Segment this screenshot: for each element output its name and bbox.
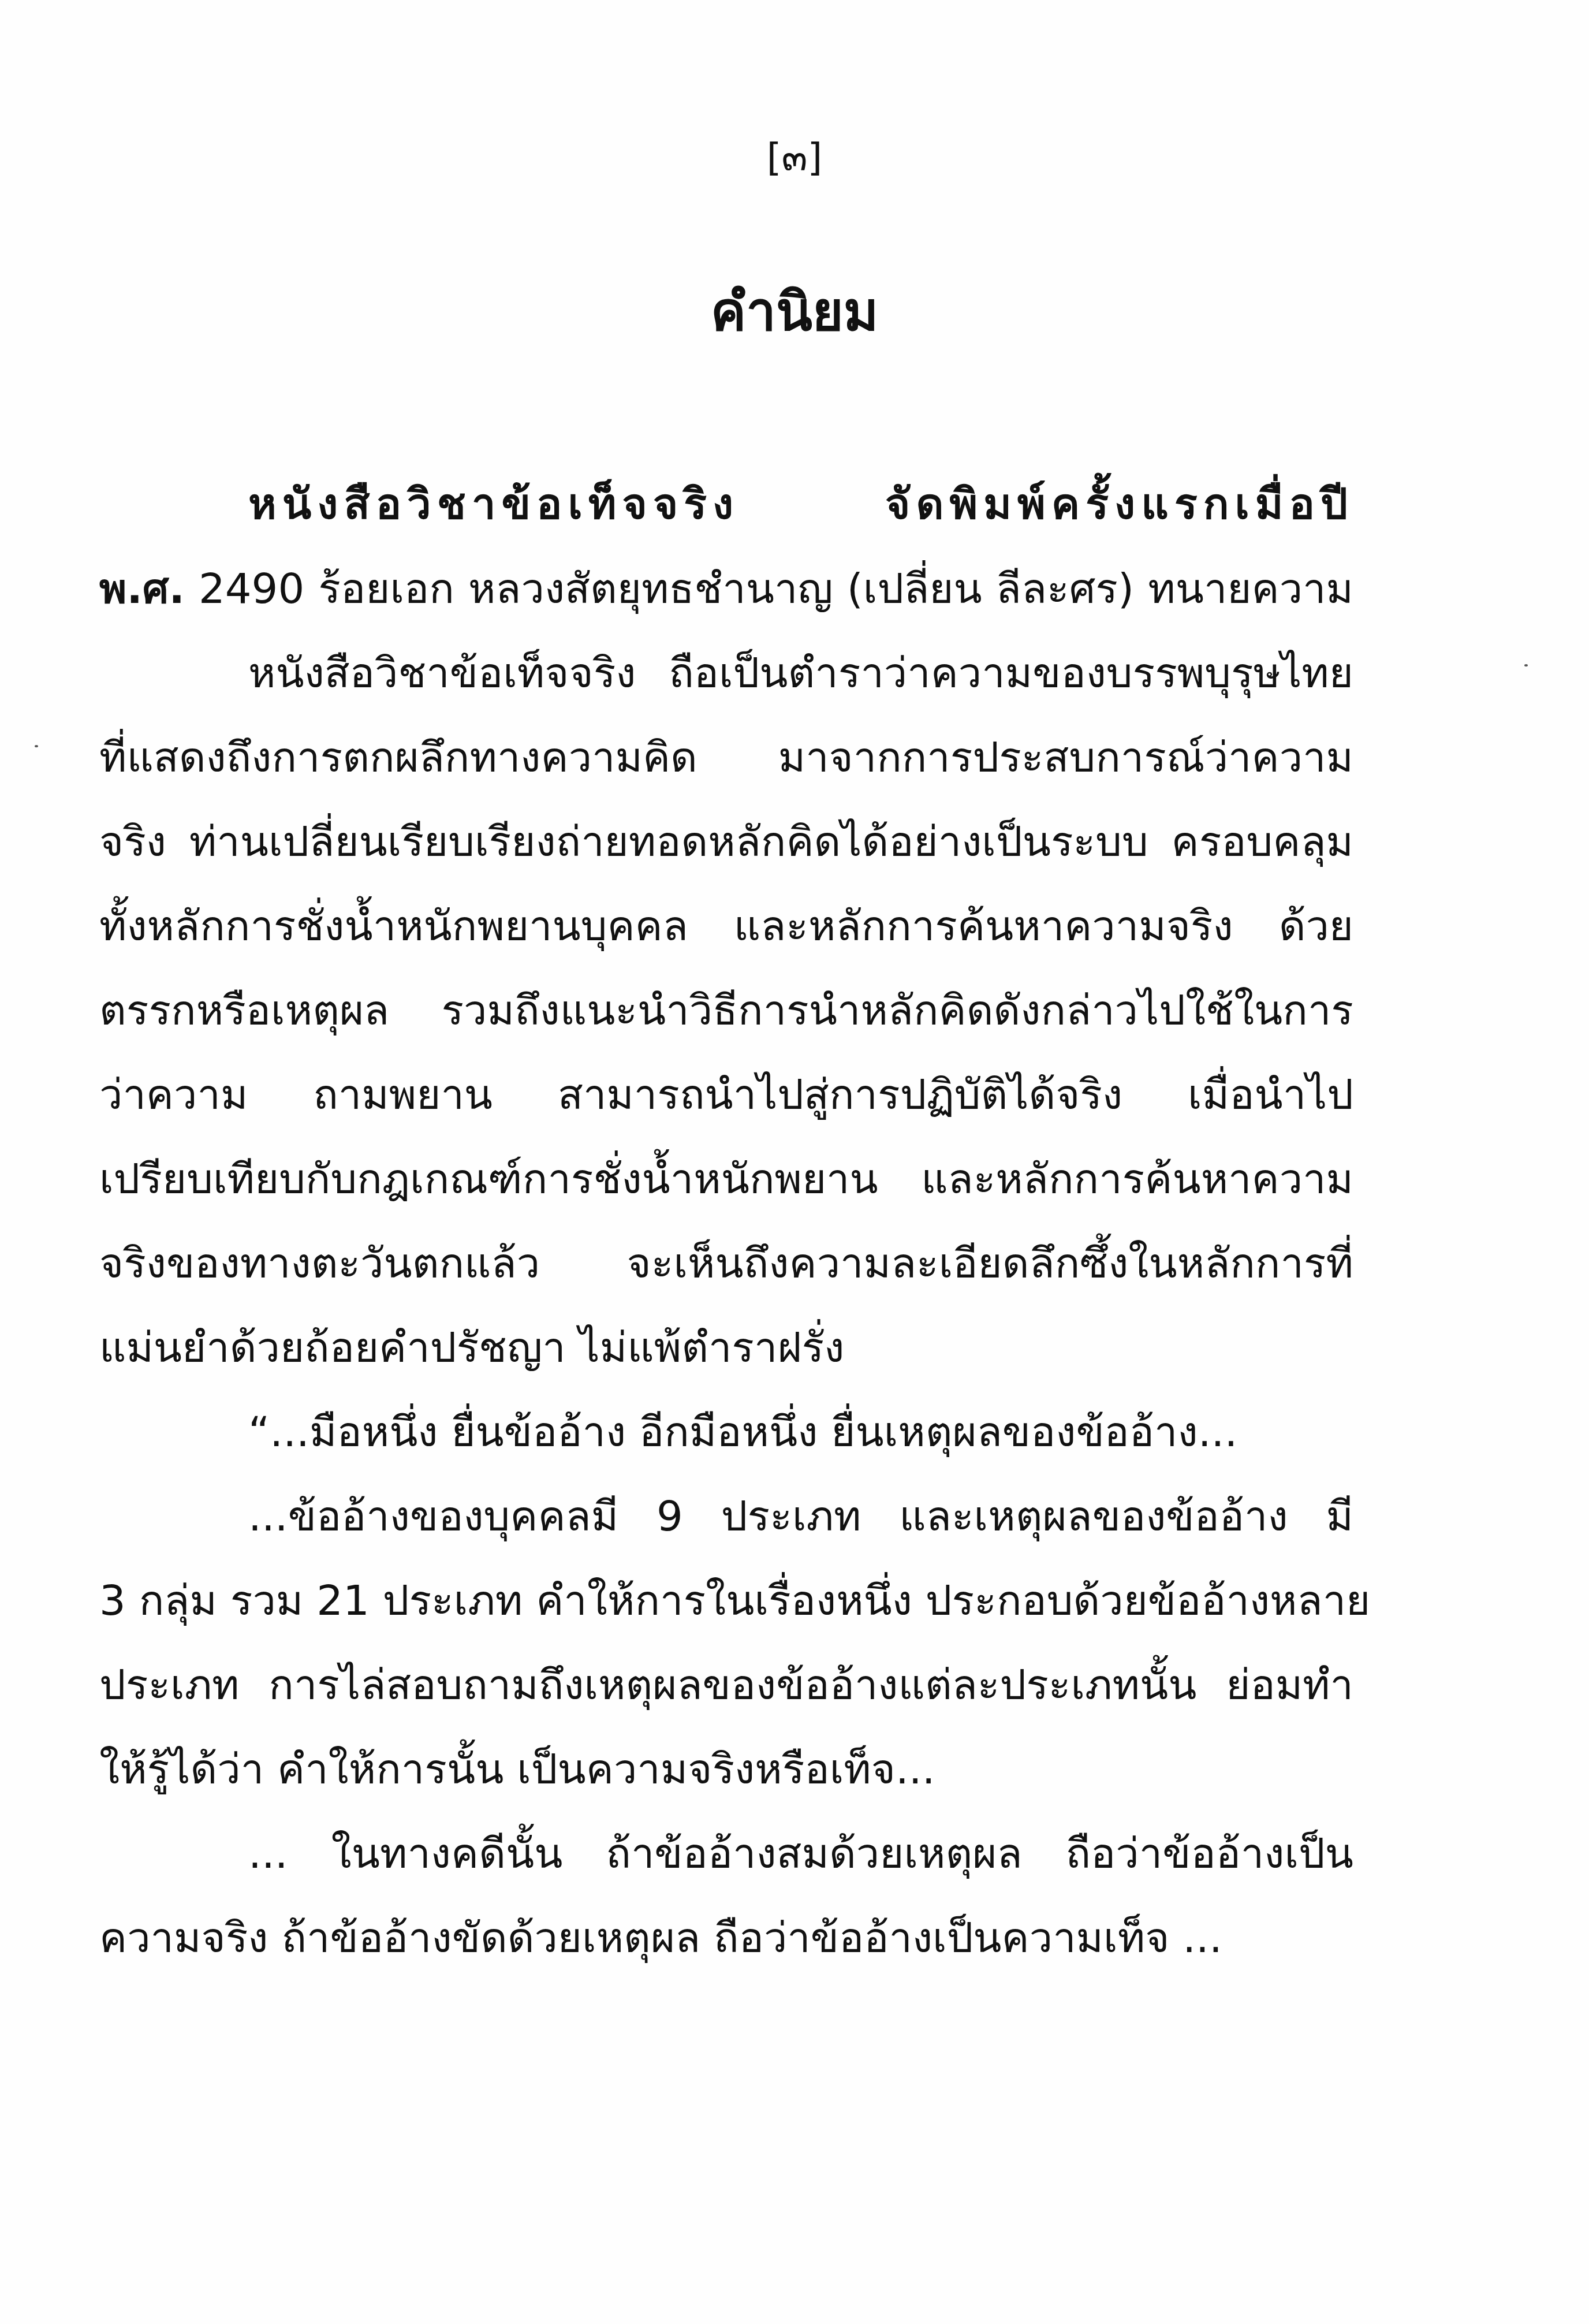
quote-line: ให้รู้ได้ว่า คำให้การนั้น เป็นความจริงหร… — [99, 1727, 1353, 1811]
paragraph-line: ที่แสดงถึงการตกผลึกทางความคิด มาจากการปร… — [99, 715, 1353, 799]
quote-line: ...ข้ออ้างของบุคคลมี 9 ประเภท และเหตุผลข… — [99, 1474, 1353, 1558]
paragraph-line: ว่าความ ถามพยาน สามารถนำไปสู่การปฏิบัติไ… — [99, 1052, 1353, 1137]
foreword-body: หนังสือวิชาข้อเท็จจริง จัดพิมพ์ครั้งแรกเ… — [99, 462, 1353, 1980]
paragraph-line: จริงของทางตะวันตกแล้ว จะเห็นถึงความละเอี… — [99, 1221, 1353, 1305]
paragraph-line: ทั้งหลักการชั่งน้ำหนักพยานบุคคล และหลักก… — [99, 884, 1353, 968]
paragraph-line: เปรียบเทียบกับกฎเกณฑ์การชั่งน้ำหนักพยาน … — [99, 1137, 1353, 1221]
scan-speck — [35, 745, 38, 747]
paragraph-line: แม่นยำด้วยถ้อยคำปรัชญา ไม่แพ้ตำราฝรั่ง — [99, 1305, 1353, 1390]
quote-line: ความจริง ถ้าข้ออ้างขัดด้วยเหตุผล ถือว่าข… — [99, 1895, 1353, 1980]
page-title: คำนิยม — [0, 277, 1589, 347]
scan-speck — [1524, 664, 1528, 666]
paragraph-line: หนังสือวิชาข้อเท็จจริง จัดพิมพ์ครั้งแรกเ… — [99, 462, 1353, 546]
paragraph-line: พ.ศ. 2490 ร้อยเอก หลวงสัตยุทธชำนาญ (เปลี… — [99, 546, 1353, 631]
quote-line: 3 กลุ่ม รวม 21 ประเภท คำให้การในเรื่องหน… — [99, 1558, 1353, 1643]
quote-line: ... ในทางคดีนั้น ถ้าข้ออ้างสมด้วยเหตุผล … — [99, 1811, 1353, 1895]
paragraph-line: ตรรกหรือเหตุผล รวมถึงแนะนำวิธีการนำหลักค… — [99, 968, 1353, 1052]
quote-line: “...มือหนึ่ง ยื่นข้ออ้าง อีกมือหนึ่ง ยื่… — [99, 1390, 1353, 1474]
paragraph-line-text: 2490 ร้อยเอก หลวงสัตยุทธชำนาญ (เปลี่ยน ล… — [185, 564, 1353, 613]
paragraph-line: จริง ท่านเปลี่ยนเรียบเรียงถ่ายทอดหลักคิด… — [99, 799, 1353, 884]
document-page: [๓] คำนิยม หนังสือวิชาข้อเท็จจริง จัดพิม… — [0, 0, 1589, 2324]
quote-line: ประเภท การไล่สอบถามถึงเหตุผลของข้ออ้างแต… — [99, 1643, 1353, 1727]
page-number: [๓] — [0, 132, 1589, 184]
era-abbreviation: พ.ศ. — [99, 564, 185, 613]
paragraph-line: หนังสือวิชาข้อเท็จจริง ถือเป็นตำราว่าควา… — [99, 631, 1353, 715]
